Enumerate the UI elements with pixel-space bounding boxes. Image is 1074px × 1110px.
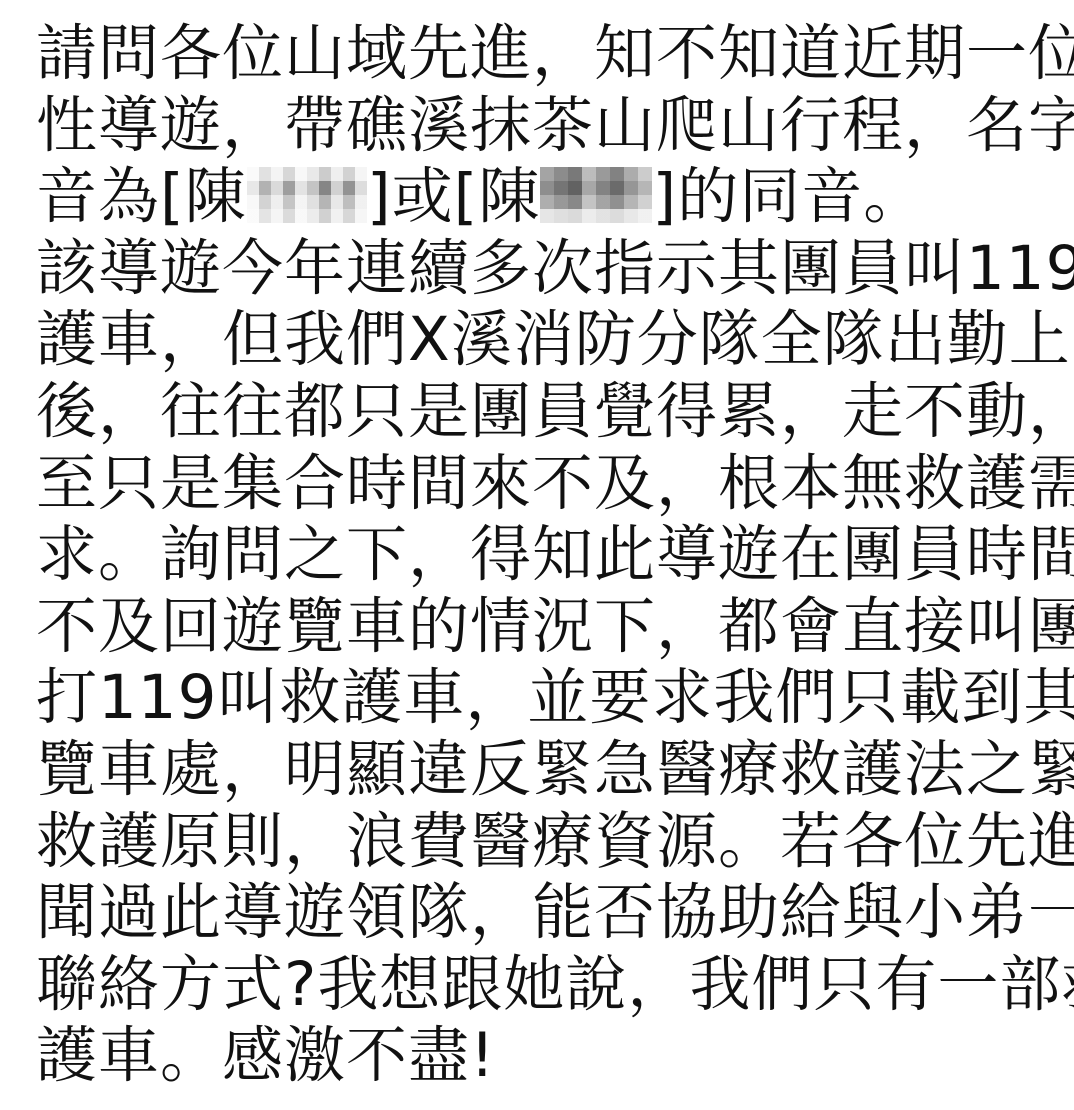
post-line-10: 打119叫救護車，並要求我們只載到其遊: [36, 662, 1046, 734]
post-line-3-prefix: 音為[陳: [36, 161, 247, 232]
post-line-3: 音為[陳]或[陳]的同音。: [36, 161, 1046, 233]
post-line-6: 後，往往都只是團員覺得累，走不動，甚: [36, 376, 1046, 448]
post-line-2: 性導遊，帶礁溪抹茶山爬山行程，名字讀: [36, 90, 1046, 162]
redacted-name-1: [247, 167, 367, 223]
post-line-5: 護車，但我們X溪消防分隊全隊出勤上山: [36, 304, 1046, 376]
post-line-9: 不及回遊覽車的情況下，都會直接叫團員: [36, 591, 1046, 663]
post-line-8: 求。詢問之下，得知此導遊在團員時間來: [36, 519, 1046, 591]
post-line-11: 覽車處，明顯違反緊急醫療救護法之緊急: [36, 734, 1046, 806]
post-body: 請問各位山域先進，知不知道近期一位女 性導遊，帶礁溪抹茶山爬山行程，名字讀 音為…: [36, 18, 1046, 1092]
post-line-4: 該導遊今年連續多次指示其團員叫119救: [36, 233, 1046, 305]
post-line-7: 至只是集合時間來不及，根本無救護需: [36, 448, 1046, 520]
post-line-14: 聯絡方式?我想跟她說，我們只有一部救: [36, 949, 1046, 1021]
post-line-1: 請問各位山域先進，知不知道近期一位女: [36, 18, 1046, 90]
post-line-13: 聞過此導遊領隊，能否協助給與小弟一些: [36, 877, 1046, 949]
post-line-3-suffix: ]的同音。: [652, 161, 925, 232]
post-line-12: 救護原則，浪費醫療資源。若各位先進聽: [36, 806, 1046, 878]
redacted-name-2: [540, 167, 652, 223]
post-line-15: 護車。感激不盡!: [36, 1020, 1046, 1092]
post-line-3-middle: ]或[陳: [367, 161, 541, 232]
